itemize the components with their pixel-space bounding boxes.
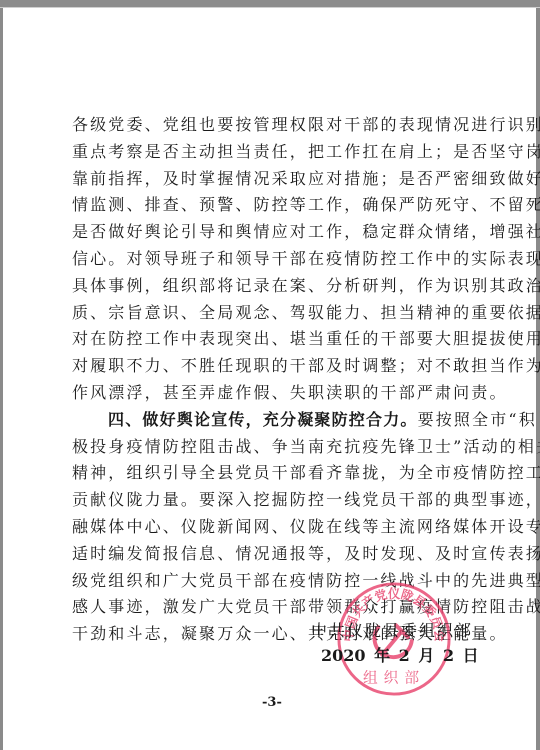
document-body: 各级党委、党组也要按管理权限对干部的表现情况进行识别。 重点考察是否主动担当责任… (72, 112, 474, 648)
body-line: 质、宗旨意识、全局观念、驾驭能力、担当精神的重要依据。 (72, 300, 474, 327)
body-line: 对在防控工作中表现突出、堪当重任的干部要大胆提拔使用； (72, 326, 474, 353)
body-line: 重点考察是否主动担当责任，把工作扛在肩上；是否坚守岗位、 (72, 139, 474, 166)
body-line: 情监测、排查、预警、防控等工作，确保严防死守、不留死角； (72, 192, 474, 219)
body-line: 靠前指挥，及时掌握情况采取应对措施；是否严密细致做好疫 (72, 166, 474, 193)
section-four-first-line: 四、做好舆论宣传，充分凝聚防控合力。要按照全市“积 (72, 407, 474, 434)
seal-bottom-text: 组织部 (363, 669, 425, 686)
issuer-signature: 中共仪陇县委组织部 (311, 618, 473, 641)
body-line: 是否做好舆论引导和舆情应对工作，稳定群众情绪，增强社会 (72, 219, 474, 246)
page-number: -3- (262, 695, 282, 710)
body-line: 融媒体中心、仪陇新闻网、仪陇在线等主流网络媒体开设专栏， (72, 514, 474, 541)
viewer-top-bar-edge (0, 7, 540, 8)
viewer-right-border (536, 0, 540, 750)
body-line: 对履职不力、不胜任现职的干部及时调整；对不敢担当作为、 (72, 353, 474, 380)
issue-date: 2020 年 2 月 2 日 (321, 643, 479, 666)
viewer-top-bar (0, 0, 540, 7)
section-four-text: 要按照全市“积 (418, 410, 537, 429)
body-line: 贡献仪陇力量。要深入挖掘防控一线党员干部的典型事迹，在 (72, 487, 474, 514)
section-heading: 四、做好舆论宣传，充分凝聚防控合力。 (108, 410, 418, 429)
body-line: 具体事例，组织部将记录在案、分析研判，作为识别其政治素 (72, 273, 474, 300)
body-line: 极投身疫情防控阻击战、争当南充抗疫先锋卫士”活动的相关 (72, 434, 474, 461)
body-line: 各级党委、党组也要按管理权限对干部的表现情况进行识别。 (72, 112, 474, 139)
body-line: 作风漂浮，甚至弄虚作假、失职渎职的干部严肃问责。 (72, 380, 474, 407)
body-line: 精神，组织引导全县党员干部看齐靠拢，为全市疫情防控工作 (72, 460, 474, 487)
body-line: 信心。对领导班子和领导干部在疫情防控工作中的实际表现、 (72, 246, 474, 273)
body-line: 适时编发简报信息、情况通报等，及时发现、及时宣传表扬各 (72, 541, 474, 568)
